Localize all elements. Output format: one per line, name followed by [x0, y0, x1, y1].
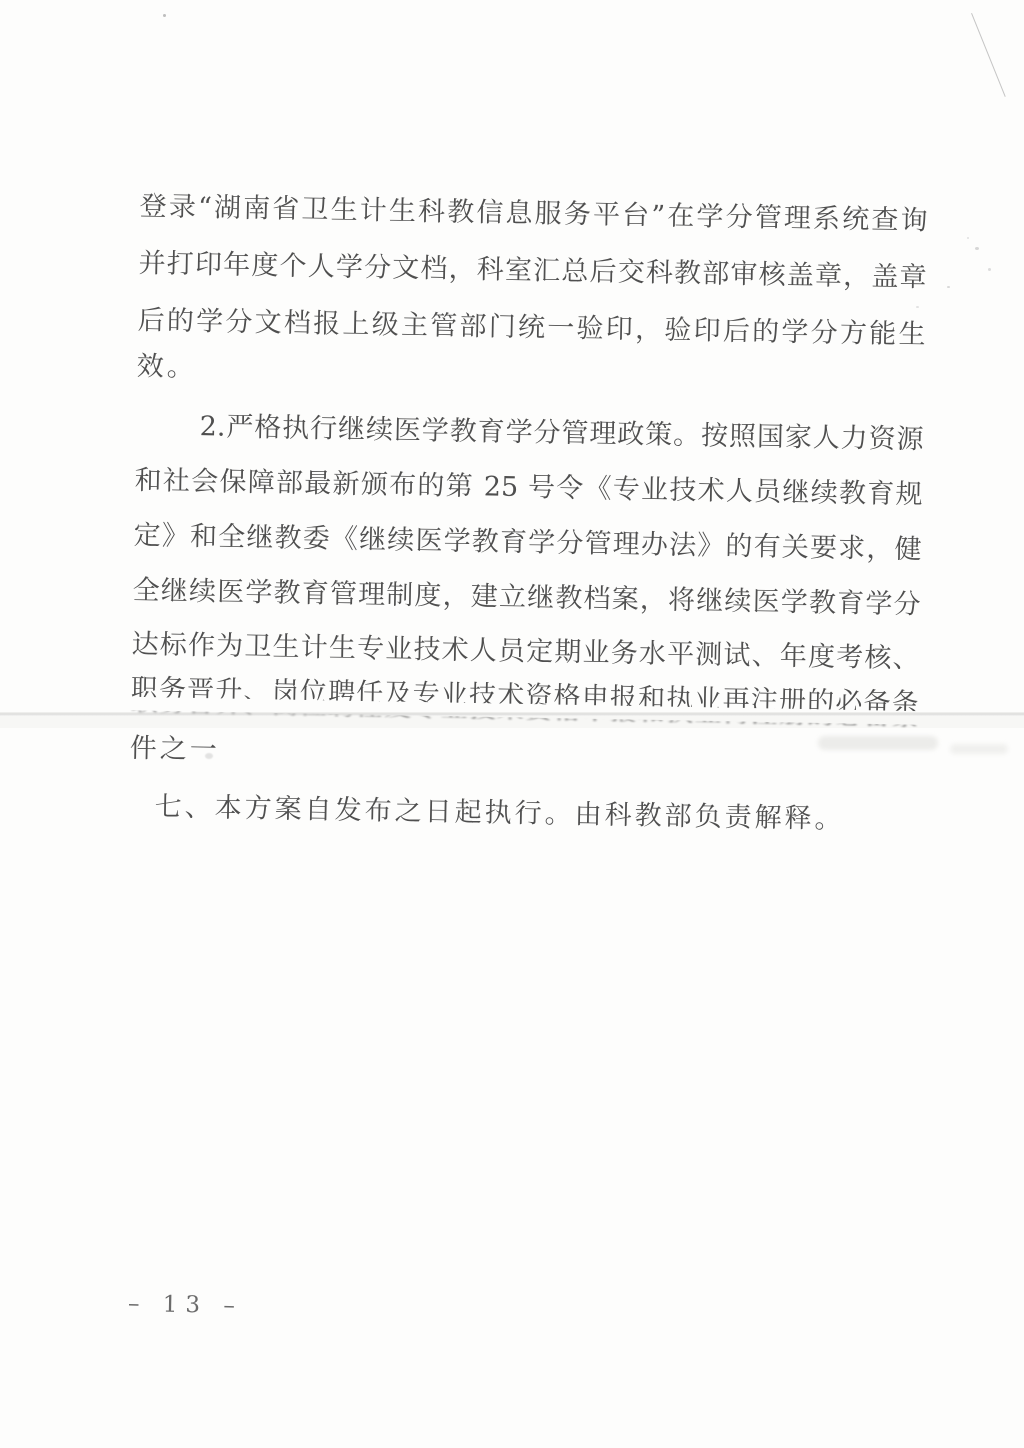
- text-line-6: 和社会保障部最新颁布的第 25 号令《专业技术人员继续教育规: [134, 464, 923, 514]
- text-line-12: 七、本方案自发布之日起执行。由科教部负责解释。: [128, 790, 943, 841]
- document-text: 登录“湖南省卫生计生科教信息服务平台”在学分管理系统查询 并打印年度个人学分文档…: [119, 190, 930, 1364]
- scan-speck: [975, 247, 979, 250]
- text-line-10-smeared: 职务晋升、岗位聘任及专业技术资格申报和执业再注册的必备条 职务晋升、岗位聘任及专…: [130, 673, 919, 731]
- scan-speck: [947, 286, 950, 288]
- scan-band-artifact: [0, 712, 1024, 716]
- scanned-document-page: 登录“湖南省卫生计生科教信息服务平台”在学分管理系统查询 并打印年度个人学分文档…: [0, 0, 1024, 1448]
- page-number: – 13 –: [128, 1291, 243, 1319]
- text-line-11: 件之一: [129, 732, 918, 782]
- text-line-8: 全继续医学教育管理制度，建立继教档案，将继续医学教育学分: [132, 574, 921, 624]
- scan-speck: [988, 268, 991, 271]
- scan-speck: [967, 237, 969, 239]
- text-line-3: 后的学分文档报上级主管部门统一验印，验印后的学分方能生: [137, 304, 926, 354]
- scan-scratch-line: [971, 13, 1006, 97]
- text-line-2: 并打印年度个人学分文档，科室汇总后交科教部审核盖章，盖章: [138, 247, 927, 297]
- scan-smudge: [950, 744, 1008, 754]
- text-line-4: 效。: [136, 350, 925, 400]
- text-line-7: 定》和全继教委《继续医学教育学分管理办法》的有关要求，健: [133, 519, 922, 569]
- text-line-1: 登录“湖南省卫生计生科教信息服务平台”在学分管理系统查询: [139, 190, 928, 240]
- text-line-9: 达标作为卫生计生专业技术人员定期业务水平测试、年度考核、: [131, 628, 920, 678]
- text-line-5: 2.严格执行继续医学教育学分管理政策。按照国家人力资源: [135, 409, 924, 459]
- scan-speck: [163, 14, 166, 17]
